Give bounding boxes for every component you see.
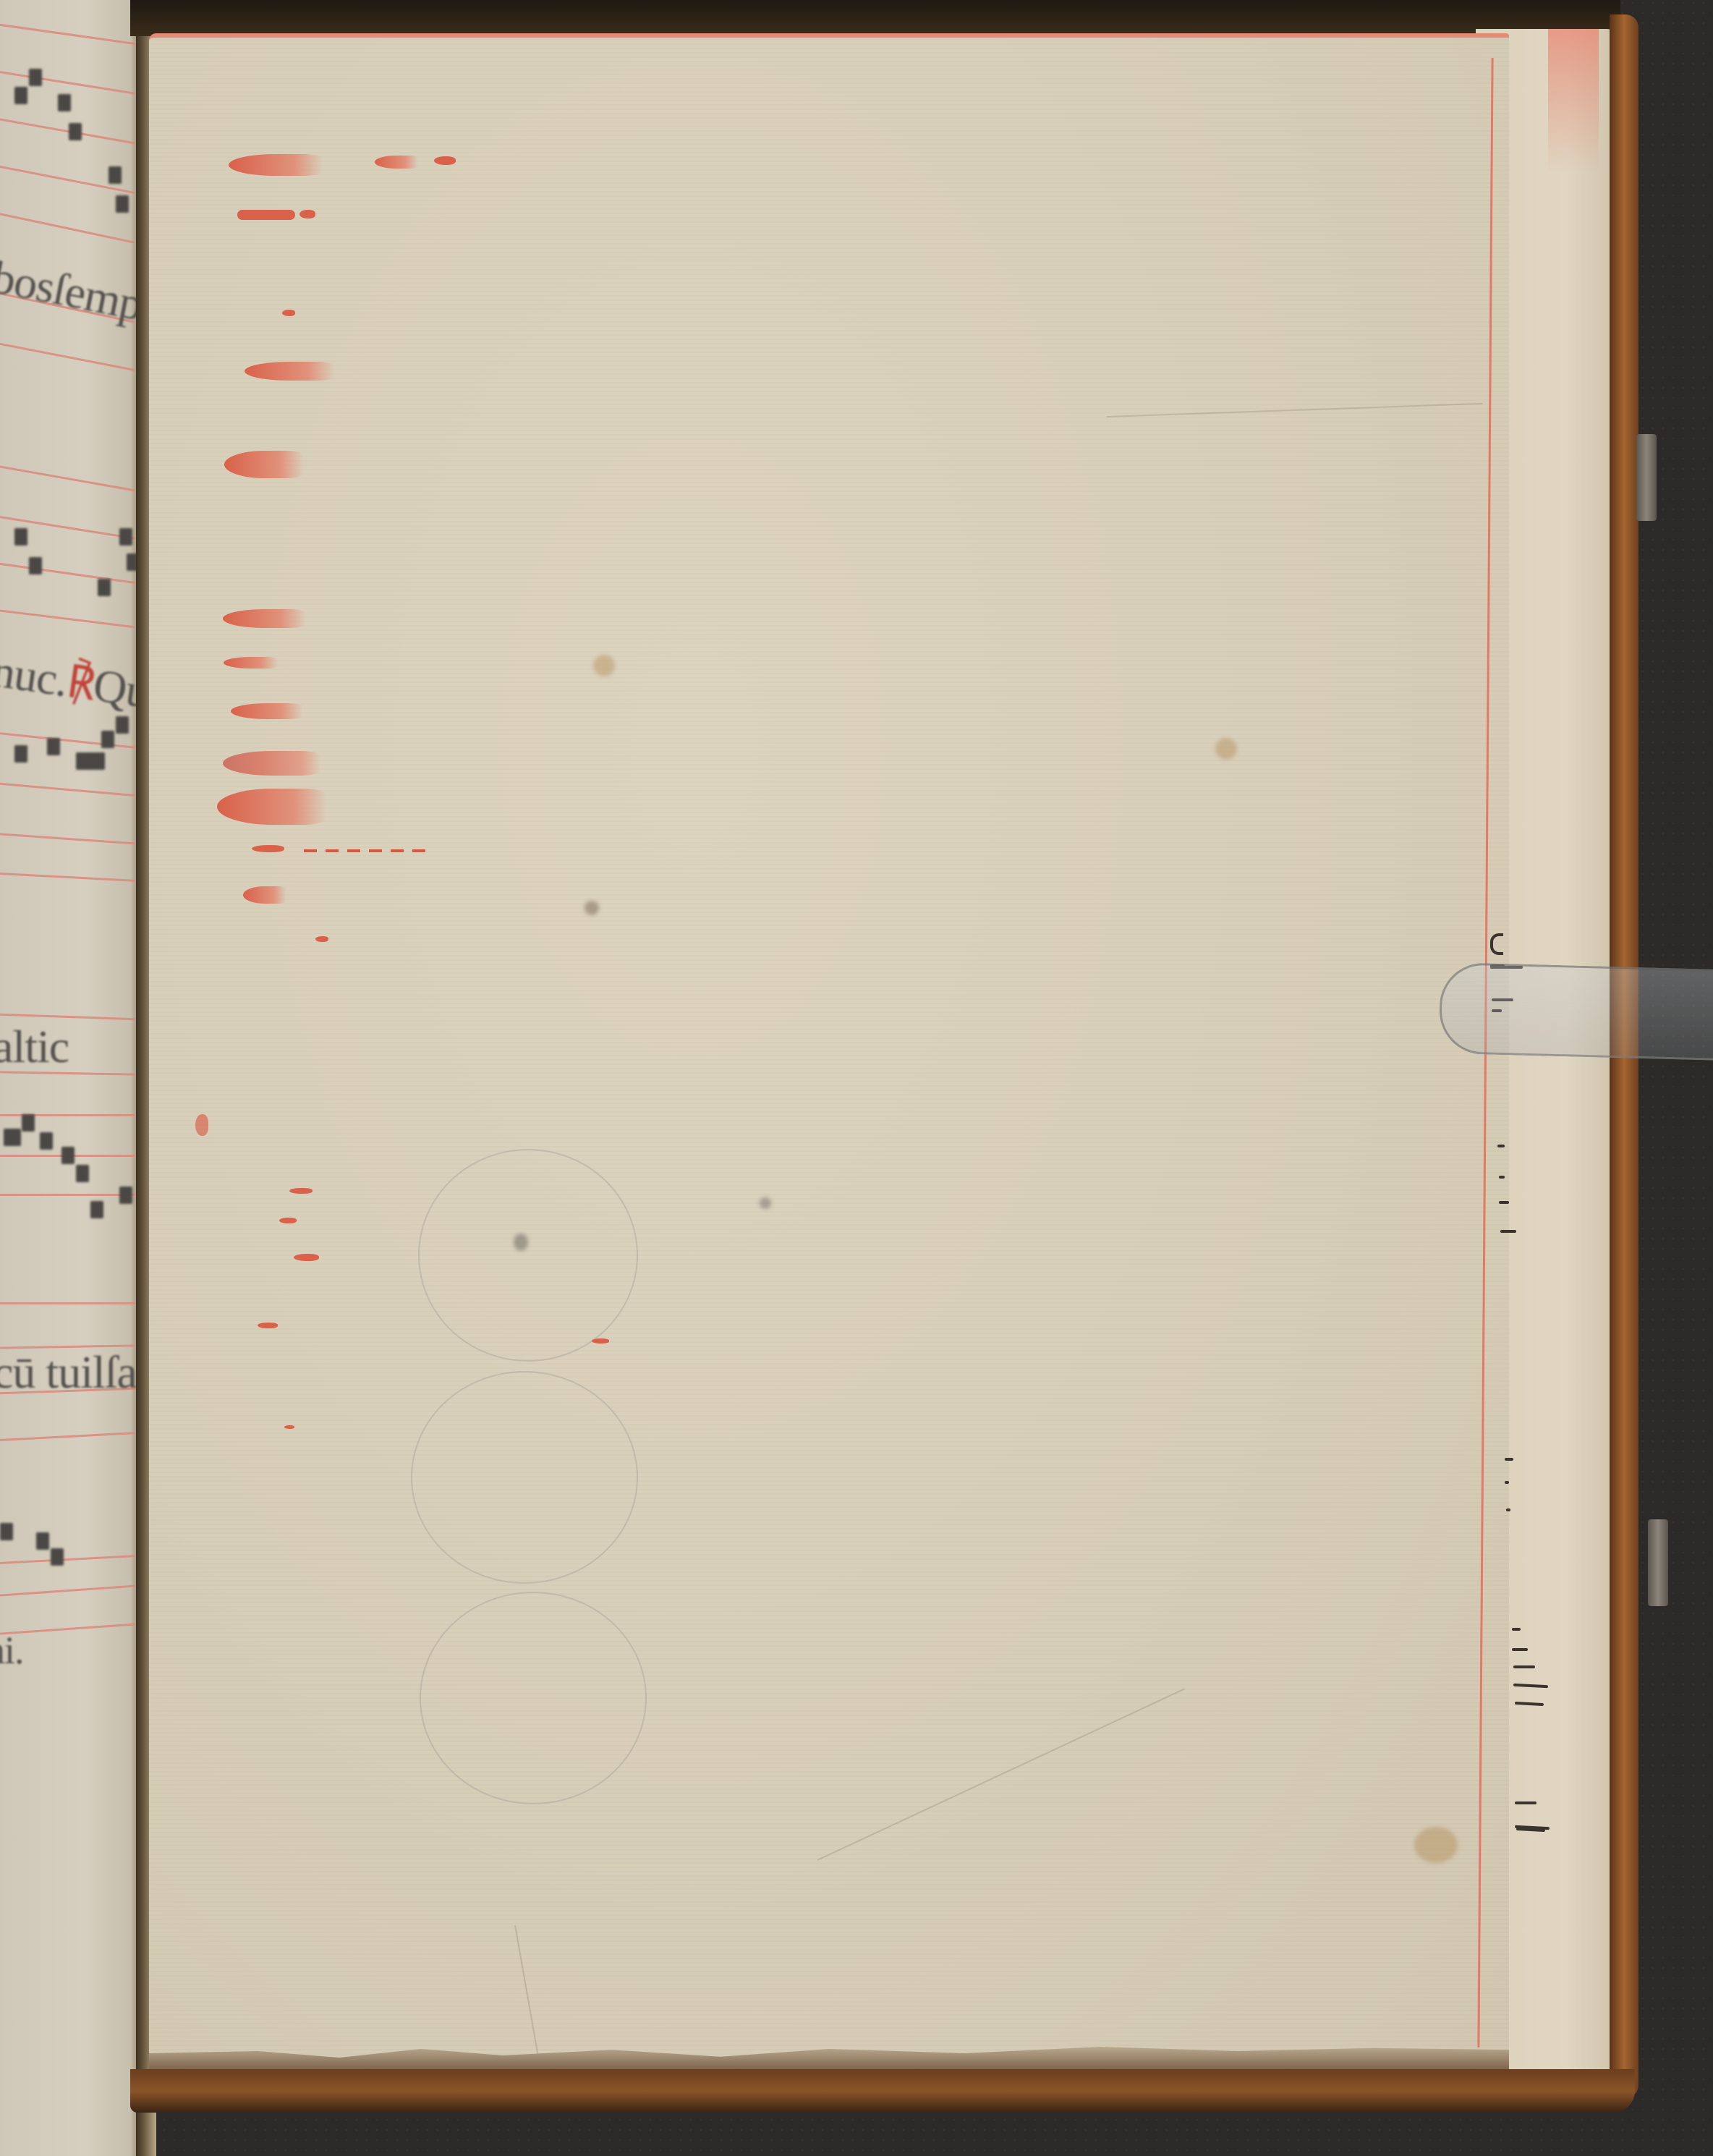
neume xyxy=(61,1147,75,1164)
neume xyxy=(47,738,60,755)
red-ink-dashes xyxy=(304,849,434,852)
neume xyxy=(98,579,111,596)
red-ink-blot xyxy=(217,789,327,825)
red-ink-blot xyxy=(375,156,418,169)
staff-line xyxy=(0,463,135,491)
staff-line xyxy=(0,832,137,845)
ink-mark xyxy=(1513,1665,1535,1668)
neume xyxy=(29,557,42,574)
neume xyxy=(76,752,105,770)
red-ink-blot xyxy=(231,703,303,719)
neume xyxy=(69,123,82,140)
red-ink-blot xyxy=(315,936,328,942)
neume xyxy=(36,1532,49,1550)
staff-line xyxy=(0,1555,137,1565)
neume xyxy=(14,87,27,104)
ink-mark xyxy=(1512,1648,1528,1651)
staff-line xyxy=(0,1432,137,1442)
ink-mark xyxy=(1499,1201,1509,1204)
watermark-circle xyxy=(418,1149,638,1362)
staff-line xyxy=(0,872,137,882)
ink-mark xyxy=(1490,933,1503,955)
red-ink-blot xyxy=(282,310,295,316)
chant-text-line: cū tuilſa xyxy=(0,1346,137,1399)
staff-line xyxy=(0,561,136,584)
staff-line xyxy=(0,1584,137,1597)
neume xyxy=(58,94,71,111)
neume xyxy=(29,69,42,86)
red-ink-blot xyxy=(245,362,335,381)
red-ink-blot xyxy=(252,845,284,852)
staff-line xyxy=(0,116,135,144)
foxing-spot xyxy=(593,655,615,676)
staff-line xyxy=(0,22,136,45)
neume xyxy=(22,1114,35,1132)
red-ink-blot xyxy=(224,451,304,478)
ink-mark xyxy=(1499,1176,1505,1179)
chant-text-line: bosſemper xyxy=(0,250,142,339)
neume xyxy=(4,1129,21,1146)
staff-line xyxy=(0,1302,137,1304)
watermark-circle xyxy=(411,1371,638,1584)
watermark-circle xyxy=(420,1592,647,1804)
staff-line xyxy=(0,608,137,629)
foxing-spot xyxy=(585,901,599,915)
red-ink-blot xyxy=(294,1254,319,1261)
neume xyxy=(90,1201,103,1218)
neume xyxy=(109,166,122,184)
red-ink-blot xyxy=(434,156,456,165)
chant-text-line: altic xyxy=(0,1020,69,1074)
ink-mark xyxy=(1500,1230,1516,1233)
ink-mark xyxy=(1497,1145,1505,1147)
red-ink-blot xyxy=(299,210,315,218)
chant-text-prefix: nuc. xyxy=(0,645,71,706)
ink-mark xyxy=(1505,1481,1509,1484)
neume xyxy=(0,1523,13,1540)
book-cover-top-edge xyxy=(130,0,1620,36)
red-ink-blot xyxy=(223,751,320,776)
foxing-spot xyxy=(1215,738,1237,760)
red-ink-blot xyxy=(195,1114,208,1136)
red-ink-blot xyxy=(592,1338,609,1344)
clasp-icon xyxy=(1636,434,1657,521)
red-edge-stain xyxy=(1548,29,1599,174)
red-ink-blot xyxy=(223,609,306,628)
page-holder xyxy=(1438,962,1713,1061)
chant-text-line: nuc.℟Quiaꝯ xyxy=(0,637,142,729)
red-ink-blot xyxy=(224,657,278,669)
neume xyxy=(14,528,27,546)
left-choirbook-page: bosſemper nuc.℟Quiaꝯ altic cū tuilſa ni. xyxy=(0,0,142,2156)
neume xyxy=(40,1132,53,1150)
staff-line xyxy=(0,781,137,797)
ink-mark xyxy=(1512,1628,1521,1631)
neume xyxy=(51,1548,64,1566)
chant-text-word: Quia xyxy=(90,659,142,722)
neume xyxy=(116,195,129,213)
red-ink-blot xyxy=(284,1425,294,1429)
ink-mark xyxy=(1506,1508,1510,1511)
neume xyxy=(119,1187,132,1204)
red-ink-blot xyxy=(229,154,323,176)
neume xyxy=(14,745,27,763)
red-ink-blot xyxy=(258,1323,278,1328)
foxing-spot xyxy=(514,1234,528,1251)
foxing-spot xyxy=(760,1197,771,1209)
staff-line xyxy=(0,210,135,244)
neume xyxy=(101,731,114,748)
neume xyxy=(76,1165,89,1182)
book-cover-bottom-edge xyxy=(130,2069,1635,2113)
foxing-spot xyxy=(1414,1827,1458,1863)
neume xyxy=(119,528,132,546)
staff-line xyxy=(0,1013,137,1020)
ink-mark xyxy=(1505,1458,1513,1461)
red-ink-blot xyxy=(279,1218,297,1223)
ink-mark xyxy=(1515,1801,1536,1804)
red-ink-blot xyxy=(289,1188,313,1194)
staff-line xyxy=(0,1114,137,1116)
red-ink-blot xyxy=(237,210,295,220)
blank-flyleaf xyxy=(149,33,1509,2063)
chant-text-line: ni. xyxy=(0,1628,24,1673)
staff-line xyxy=(0,1194,137,1196)
red-ink-blot xyxy=(243,886,286,904)
staff-line xyxy=(0,340,135,371)
clasp-icon xyxy=(1648,1519,1668,1606)
